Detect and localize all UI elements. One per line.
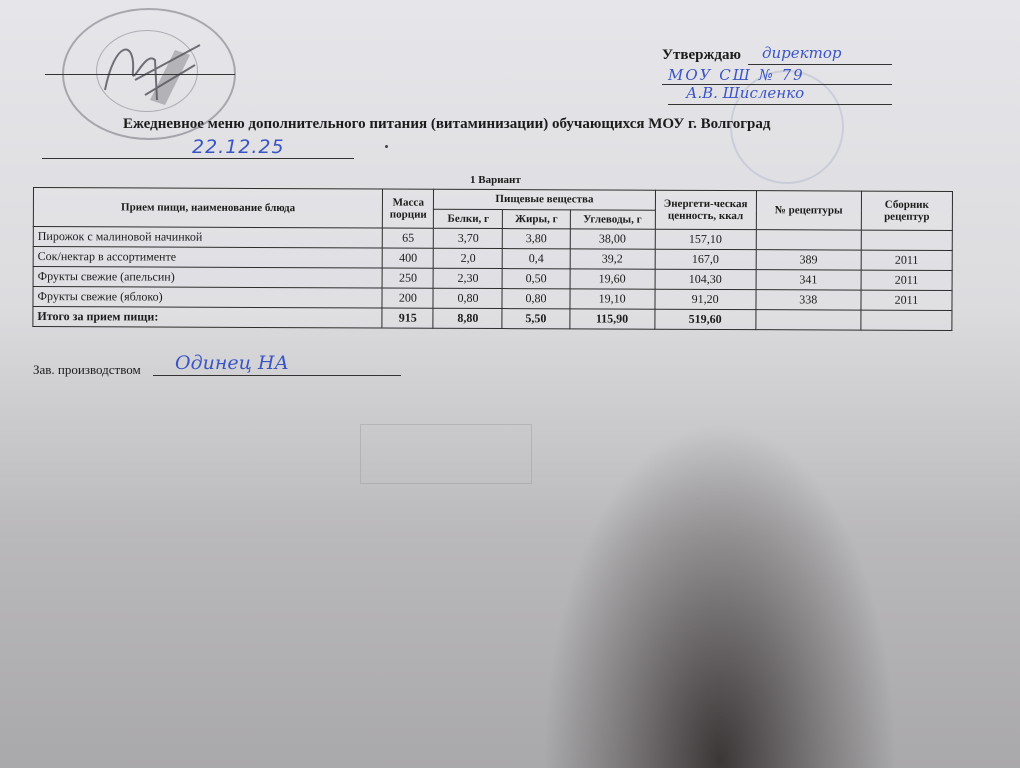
cell-mass: 200 <box>382 288 433 308</box>
approval-label: Утверждаю <box>662 47 741 63</box>
cell-name: Сок/нектар в ассортименте <box>33 247 382 269</box>
cell-mass: 250 <box>382 268 433 288</box>
date-handwritten: 22.12.25 <box>192 136 285 158</box>
header-mass: Масса порции <box>383 189 434 228</box>
cell-collection <box>861 230 952 250</box>
approval-line-1 <box>748 46 892 65</box>
header-protein: Белки, г <box>434 209 503 229</box>
cell-recipe-no: 338 <box>756 290 861 310</box>
cell-collection <box>861 310 952 330</box>
cell-recipe-no: 341 <box>756 270 861 290</box>
header-collection: Сборник рецептур <box>861 191 952 230</box>
cell-name: Фрукты свежие (апельсин) <box>33 267 382 289</box>
cell-carbs: 38,00 <box>570 229 655 249</box>
signature-scribble-icon <box>95 30 205 110</box>
cell-protein: 0,80 <box>433 288 502 308</box>
cell-energy: 91,20 <box>655 289 756 309</box>
cell-collection: 2011 <box>861 250 952 270</box>
cell-fat: 0,50 <box>503 269 570 289</box>
cell-carbs: 19,60 <box>570 269 655 289</box>
cell-carbs: 39,2 <box>570 249 655 269</box>
date-line <box>42 158 354 159</box>
cell-mass: 65 <box>383 228 434 248</box>
cell-carbs: 19,10 <box>570 289 655 309</box>
cell-recipe-no <box>756 230 861 250</box>
cell-name: Итого за прием пищи: <box>33 307 382 329</box>
speck <box>385 145 388 148</box>
approval-line-3 <box>668 86 892 105</box>
header-energy: Энергети-ческая ценность, ккал <box>655 190 756 229</box>
cell-collection: 2011 <box>861 270 952 290</box>
cell-energy: 157,10 <box>655 229 756 249</box>
table-row-total: Итого за прием пищи:9158,805,50115,90519… <box>33 307 952 331</box>
cell-mass: 915 <box>382 308 433 328</box>
footer-signature: Одинец НА <box>175 352 289 374</box>
cell-protein: 2,30 <box>433 268 502 288</box>
cell-fat: 5,50 <box>502 309 569 329</box>
page-title: Ежедневное меню дополнительного питания … <box>123 116 770 133</box>
signature-line-left <box>45 74 235 75</box>
cell-collection: 2011 <box>861 290 952 310</box>
cell-energy: 519,60 <box>655 309 756 329</box>
menu-table: Прием пищи, наименование блюда Масса пор… <box>32 187 953 331</box>
cell-fat: 0,80 <box>502 289 569 309</box>
cell-protein: 3,70 <box>434 228 503 248</box>
footer-signature-line <box>153 375 401 376</box>
faint-stamp-imprint <box>360 424 532 484</box>
header-recipe-no: № рецептуры <box>756 191 861 230</box>
approval-line-2 <box>662 66 892 85</box>
header-name: Прием пищи, наименование блюда <box>33 188 383 229</box>
cell-carbs: 115,90 <box>569 309 654 329</box>
cell-protein: 2,0 <box>434 248 503 268</box>
cell-recipe-no: 389 <box>756 250 861 270</box>
cell-name: Пирожок с малиновой начинкой <box>33 227 382 249</box>
header-fat: Жиры, г <box>503 209 570 229</box>
cell-energy: 167,0 <box>655 249 756 269</box>
approval-block: Утверждаю директор МОУ СШ № 79 А.В. Шисл… <box>662 46 892 106</box>
footer-label: Зав. производством <box>33 362 141 378</box>
cell-fat: 0,4 <box>503 249 570 269</box>
cell-name: Фрукты свежие (яблоко) <box>33 287 382 309</box>
header-nutrients: Пищевые вещества <box>434 189 655 209</box>
cell-fat: 3,80 <box>503 229 570 249</box>
cell-energy: 104,30 <box>655 269 756 289</box>
cell-mass: 400 <box>383 248 434 268</box>
variant-label: 1 Вариант <box>470 174 521 186</box>
cell-protein: 8,80 <box>433 308 502 328</box>
header-carbs: Углеводы, г <box>570 209 655 229</box>
cell-recipe-no <box>756 310 861 330</box>
